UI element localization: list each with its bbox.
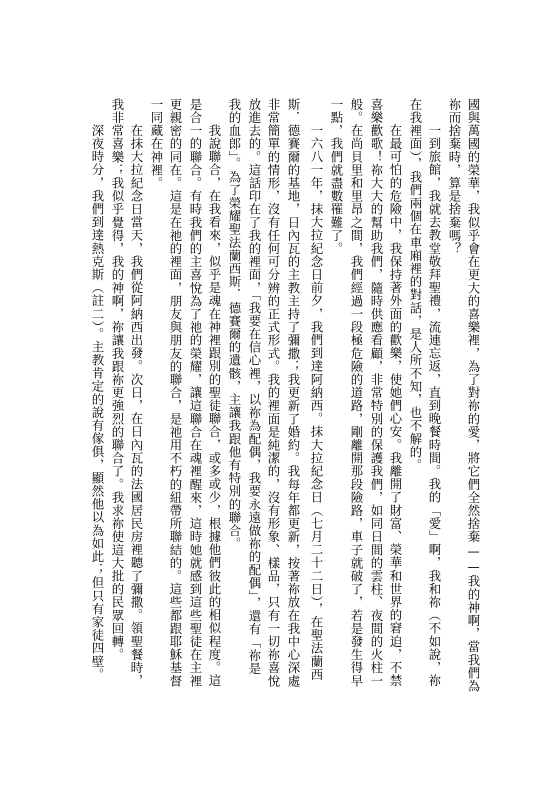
text-column: 非常簡單的情形，沒有任何可分辨的正式形式。我的裡面是純潔的，沒有形象、樣品，只有…	[266, 98, 280, 688]
text-column: 在我裡面），我們兩個在車廂裡的對話，是人所不知，也不解的。	[408, 98, 422, 472]
text-column: 一同藏在神裡。	[149, 98, 163, 190]
text-column: 是合一的聯合。有時我們的主喜悅為了祂的榮耀，讓這聯合在魂裡醒來，這時她就感到這些…	[188, 98, 202, 688]
text-column: 我說聯合，在我看來，似乎是魂在神裡跟別的聖徒聯合，或多或少，根據他們彼此的相似程…	[207, 124, 221, 687]
text-column: 在最可怕的危險中，我保持著外面的歡樂，使她們心安。我離開了財富、榮華和世界的窘迫…	[388, 124, 402, 687]
text-column: 一六八一年，抹大拉紀念日前夕，我們到達阿納西。抹大拉紀念日（七月二十二日），在聖…	[309, 124, 323, 681]
document-page: 國與萬國的榮華，我似乎會在更大的喜樂裡，為了對祢的愛，將它們全然捨棄——我的神啊…	[0, 0, 559, 794]
text-column: 一點，我們就盡數罹難了。	[329, 98, 343, 255]
text-column: 國與萬國的榮華，我似乎會在更大的喜樂裡，為了對祢的愛，將它們全然捨棄——我的神啊…	[466, 98, 480, 693]
text-column: 般。在尚貝里和里昂之間，我們經過一段極危險的道路，剛離開那段險路，車子就破了，若…	[349, 98, 363, 688]
text-column: 祢而捨棄時，算是捨棄嗎？	[447, 98, 461, 255]
text-column: 斯．德賽爾的基地，日內瓦的主教主持了彌撒；我更新了婚約。我每年都更新，按著祢放在…	[286, 98, 300, 688]
text-column: 深夜時分，我們到達熱克斯（註二）。主教肯定的說有傢俱，顯然他以為如此；但只有家徒…	[90, 124, 104, 681]
text-column: 一到旅館，我就去教堂敬拜聖禮，流連忘返，直到晚餐時間。我的「愛」啊，我和祢（不如…	[427, 124, 441, 687]
text-column: 放進去的。這話印在了我的裡面，「我要在信心裡，以祢為配偶，我要永遠做祢的配偶」，…	[247, 98, 261, 675]
text-column: 在抹大拉紀念日當天，我們從阿納西出發。次日，在日內瓦的法國居民房裡聽了彌撒。領聖…	[129, 124, 143, 687]
text-column: 喜樂歡歌！祢大大的幫助我們，隨時供應看顧，非常特別的保護我們，如同日間的雲柱、夜…	[369, 98, 383, 688]
text-column: 我非常喜樂；我似乎覺得，我的神啊，祢讓我跟祢更強烈的聯合了。我求祢使這大批的民眾…	[110, 98, 124, 661]
text-column: 更親密的同在。這是在祂的裡面，朋友與朋友的聯合，是祂用不朽的紐帶所聯結的。這些都…	[168, 98, 182, 688]
text-column: 我的血郎」。為了榮耀聖法蘭西斯．德賽爾的遺骸，主讓我跟他有特別的聯合。	[227, 98, 241, 550]
